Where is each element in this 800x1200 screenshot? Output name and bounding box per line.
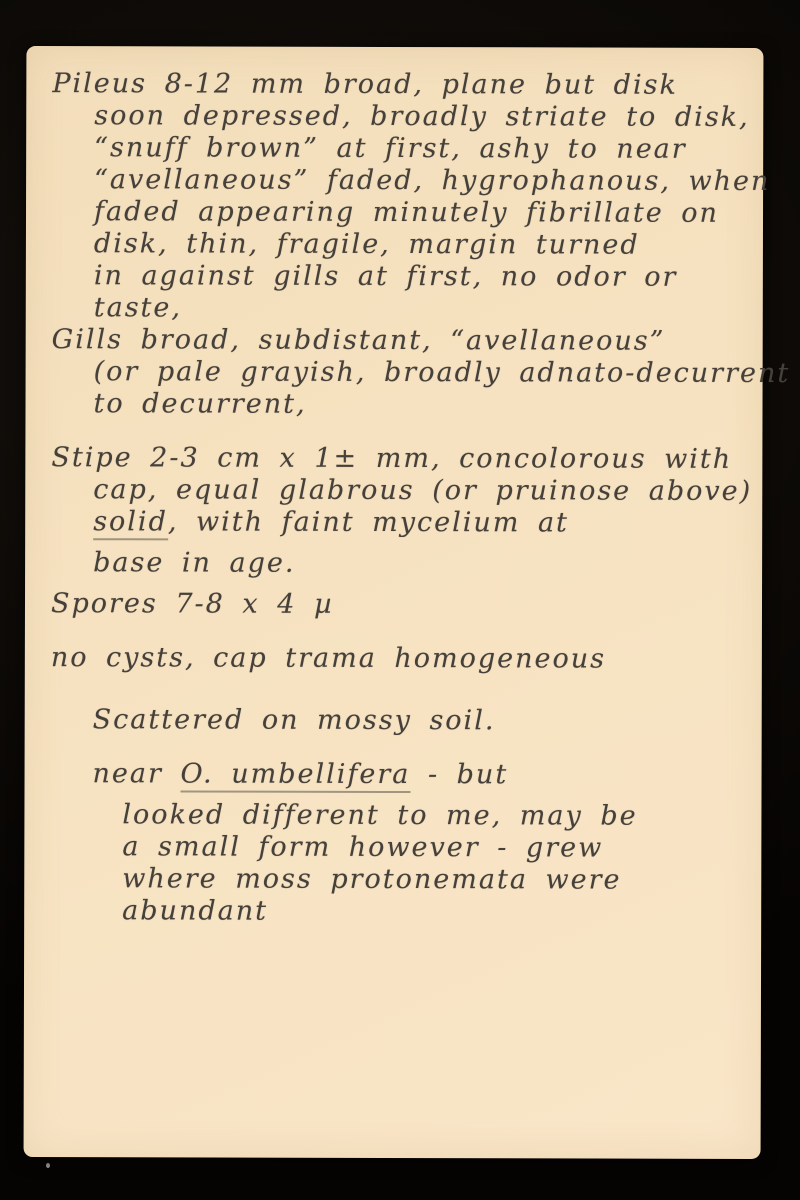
note-text: Pileus 8-12 mm broad, plane but disk bbox=[52, 68, 678, 101]
note-line: taste, bbox=[94, 292, 753, 326]
note-text: faded appearing minutely fibrillate on bbox=[94, 196, 719, 229]
note-line: Scattered on mossy soil. bbox=[93, 704, 752, 738]
note-text: no cysts, cap trama homogeneous bbox=[51, 642, 606, 674]
note-text: Gills broad, subdistant, “avellaneous” bbox=[52, 324, 666, 357]
note-text: cap, equal glabrous (or pruinose above) bbox=[93, 474, 752, 507]
note-line: looked different to me, may be bbox=[122, 799, 751, 833]
note-line: solid, with faint mycelium at bbox=[93, 506, 752, 540]
note-line: Gills broad, subdistant, “avellaneous” bbox=[52, 324, 753, 358]
note-line: soon depressed, broadly striate to disk, bbox=[94, 100, 753, 134]
note-text: abundant bbox=[122, 895, 268, 926]
note-text: soon depressed, broadly striate to disk, bbox=[94, 100, 749, 133]
note-line: “snuff brown” at first, ashy to near bbox=[94, 132, 753, 166]
note-line: no cysts, cap trama homogeneous bbox=[51, 642, 752, 676]
note-line: faded appearing minutely fibrillate on bbox=[94, 196, 753, 230]
note-text: “avellaneous” faded, hygrophanous, when bbox=[94, 164, 770, 197]
note-text: where moss protonemata were bbox=[122, 863, 621, 895]
note-line: cap, equal glabrous (or pruinose above) bbox=[93, 474, 752, 508]
note-text: (or pale grayish, broadly adnato-decurre… bbox=[94, 356, 791, 389]
note-line: to decurrent, bbox=[93, 388, 752, 422]
note-line: “avellaneous” faded, hygrophanous, when bbox=[94, 164, 753, 198]
note-text: in against gills at first, no odor or bbox=[94, 260, 678, 293]
note-text: to decurrent, bbox=[93, 388, 306, 420]
note-text: a small form however - grew bbox=[122, 831, 603, 863]
underlined-word: solid bbox=[93, 506, 168, 540]
note-line: near O. umbellifera - but bbox=[93, 758, 752, 792]
note-text: Stipe 2-3 cm x 1± mm, concolorous with bbox=[51, 442, 732, 475]
note-line: base in age. bbox=[93, 547, 752, 581]
note-line: Pileus 8-12 mm broad, plane but disk bbox=[52, 68, 753, 102]
note-card: Pileus 8-12 mm broad, plane but disksoon… bbox=[24, 46, 764, 1159]
note-line: (or pale grayish, broadly adnato-decurre… bbox=[94, 356, 753, 390]
note-text: Spores 7-8 x 4 µ bbox=[51, 588, 334, 620]
note-line: where moss protonemata were bbox=[122, 863, 751, 897]
note-text: - but bbox=[410, 759, 508, 790]
note-line: a small form however - grew bbox=[122, 831, 751, 865]
note-line: Stipe 2-3 cm x 1± mm, concolorous with bbox=[51, 442, 752, 476]
dust-speck bbox=[46, 1163, 50, 1168]
note-lines: Pileus 8-12 mm broad, plane but disksoon… bbox=[44, 68, 753, 929]
note-line: disk, thin, fragile, margin turned bbox=[94, 228, 753, 262]
note-text: looked different to me, may be bbox=[122, 799, 637, 831]
note-text: base in age. bbox=[93, 547, 295, 579]
note-text: “snuff brown” at first, ashy to near bbox=[94, 132, 687, 165]
note-line: Spores 7-8 x 4 µ bbox=[51, 588, 752, 622]
note-text: disk, thin, fragile, margin turned bbox=[94, 228, 640, 260]
note-line: abundant bbox=[122, 895, 751, 929]
note-text: Scattered on mossy soil. bbox=[93, 704, 496, 736]
note-text: , with faint mycelium at bbox=[168, 506, 569, 538]
note-line: in against gills at first, no odor or bbox=[94, 260, 753, 294]
note-text: near bbox=[93, 758, 181, 789]
photo-background: Pileus 8-12 mm broad, plane but disksoon… bbox=[0, 0, 800, 1200]
underlined-word: O. umbellifera bbox=[180, 758, 410, 793]
note-text: taste, bbox=[94, 292, 182, 323]
